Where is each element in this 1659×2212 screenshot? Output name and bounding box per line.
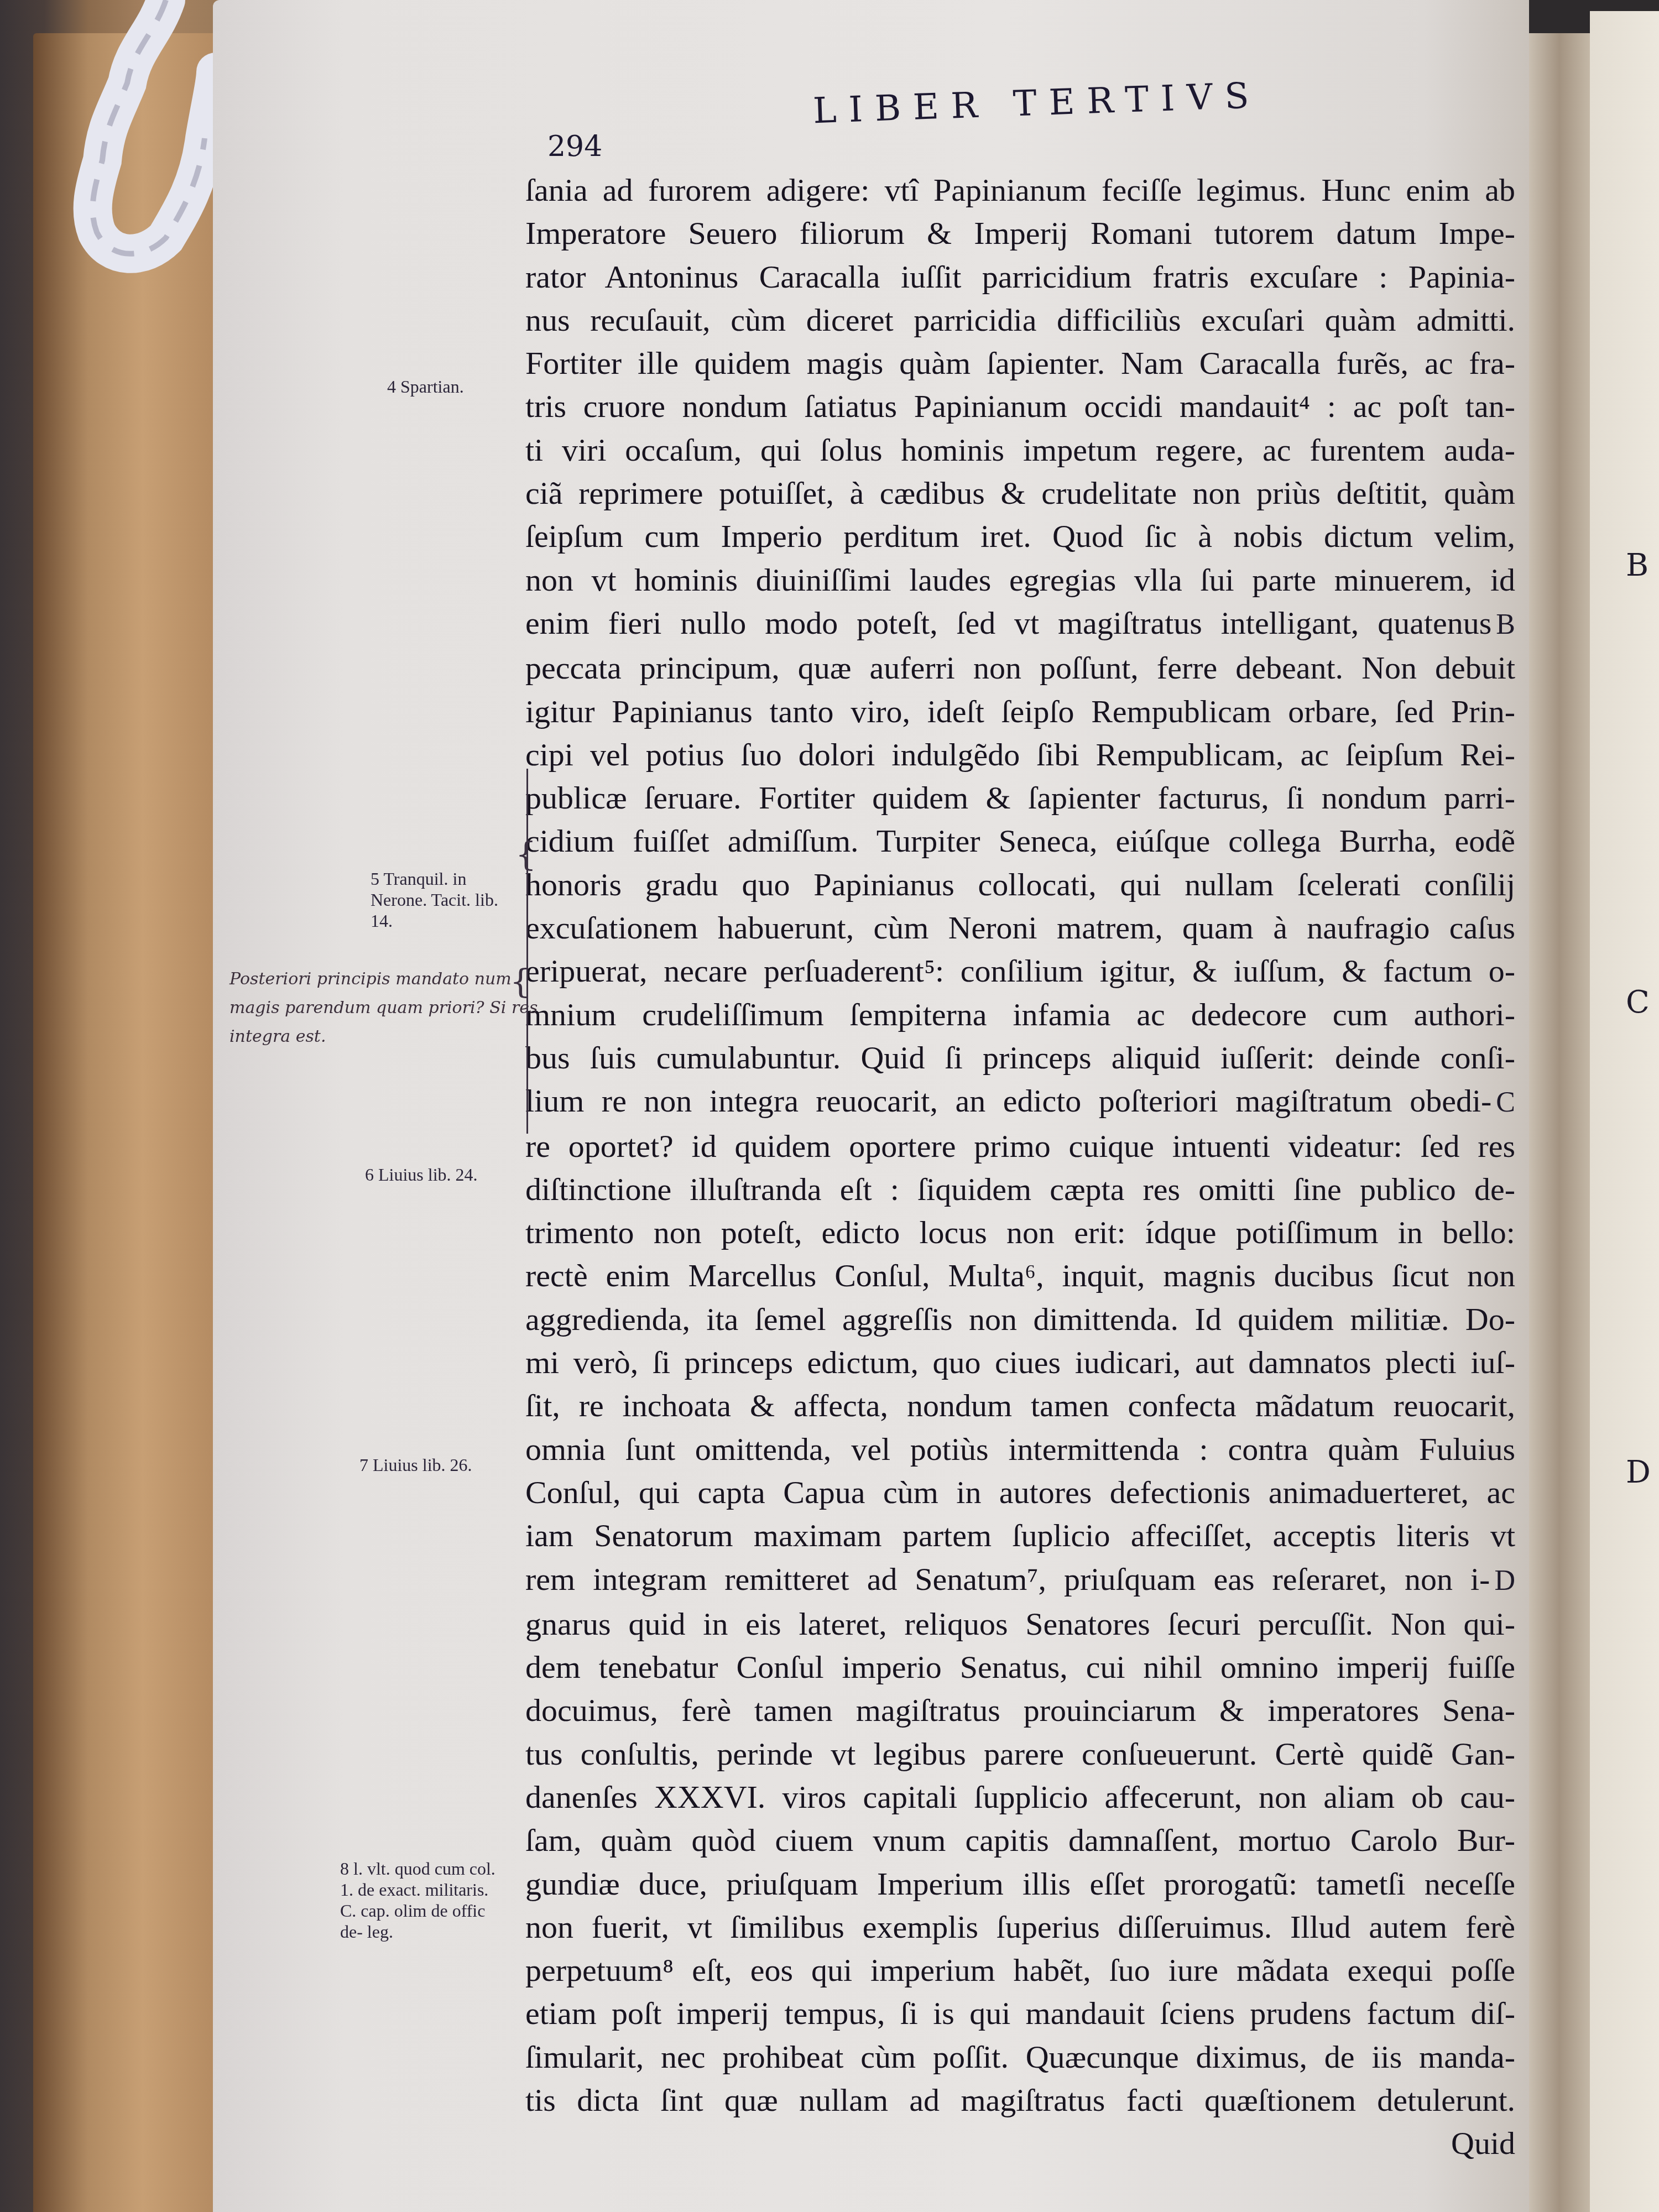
text-line: gnarus quid in eis lateret, reliquos Sen… bbox=[525, 1603, 1515, 1646]
text-line: dem tenebatur Conſul imperio Senatus, cu… bbox=[525, 1646, 1515, 1689]
text-line: ſania ad furorem adigere: vtî Papinianum… bbox=[525, 169, 1515, 212]
facing-page-letter-d: D bbox=[1626, 1454, 1651, 1490]
text-line: cipi vel potius ſuo dolori indulgẽdo ſib… bbox=[525, 733, 1515, 776]
margin-note-8: 8 l. vlt. quod cum col. 1. de exact. mil… bbox=[340, 1858, 500, 1942]
cloth-strap-icon bbox=[50, 0, 216, 343]
text-line: perpetuum⁸ eſt, eos qui imperium habẽt, … bbox=[525, 1949, 1515, 1992]
text-line: mi verò, ſi princeps edictum, quo ciues … bbox=[525, 1341, 1515, 1384]
text-line: bus ſuis cumulabuntur. Quid ſi princeps … bbox=[525, 1036, 1515, 1079]
annotation-bracket-line bbox=[526, 769, 528, 1134]
text-line: etiam poſt imperij tempus, ſi is qui man… bbox=[525, 1992, 1515, 2035]
brace-icon: { bbox=[510, 962, 531, 1001]
text-line: ti viri occaſum, qui ſolus hominis impet… bbox=[525, 429, 1515, 472]
text-line: publicæ ſeruare. Fortiter quidem & ſapie… bbox=[525, 776, 1515, 820]
page-block-edge bbox=[33, 33, 216, 2212]
text-line: ſam, quàm quòd ciuem vnum capitis damnaſ… bbox=[525, 1819, 1515, 1862]
text-line: rectè enim Marcellus Conſul, Multa⁶, inq… bbox=[525, 1254, 1515, 1297]
text-line: rem integram remitteret ad Senatum⁷, pri… bbox=[525, 1558, 1515, 1603]
text-line: peccata principum, quæ auferri non poſſu… bbox=[525, 646, 1515, 690]
text-line: ſeipſum cum Imperio perditum iret. Quod … bbox=[525, 515, 1515, 558]
facing-page bbox=[1590, 11, 1659, 2212]
text-line: lium re non integra reuocarit, an edicto… bbox=[525, 1079, 1515, 1124]
facing-page-letter-c: C bbox=[1626, 984, 1650, 1020]
text-line: eripuerat, necare perſuaderent⁵: conſili… bbox=[525, 950, 1515, 993]
text-line: gundiæ duce, priuſquam Imperium illis eſ… bbox=[525, 1863, 1515, 1906]
text-line: diſtinctione illuſtranda eſt : ſiquidem … bbox=[525, 1168, 1515, 1211]
margin-note-6: 6 Liuius lib. 24. bbox=[365, 1164, 525, 1185]
catchword: Quid bbox=[525, 2122, 1515, 2165]
text-line: Imperatore Seuero filiorum & Imperij Rom… bbox=[525, 212, 1515, 255]
text-line: tris cruore nondum ſatiatus Papinianum o… bbox=[525, 385, 1515, 428]
text-line: omnia ſunt omittenda, vel potiùs intermi… bbox=[525, 1428, 1515, 1471]
text-line: Conſul, qui capta Capua cùm in autores d… bbox=[525, 1471, 1515, 1514]
section-marker: C bbox=[1496, 1081, 1515, 1124]
text-line: docuimus, ferè tamen magiſtratus prouinc… bbox=[525, 1689, 1515, 1732]
text-line: tis dicta ſint quæ nullam ad magiſtratus… bbox=[525, 2079, 1515, 2122]
section-marker: B bbox=[1496, 603, 1515, 646]
text-line: nus recuſauit, cùm diceret parricidia di… bbox=[525, 299, 1515, 342]
text-line: mnium crudeliſſimum ſempiterna infamia a… bbox=[525, 993, 1515, 1036]
text-line: danenſes XXXVI. viros capitali ſupplicio… bbox=[525, 1776, 1515, 1819]
text-line: Fortiter ille quidem magis quàm ſapiente… bbox=[525, 342, 1515, 385]
margin-note-4: 4 Spartian. bbox=[387, 376, 520, 397]
margin-note-5: 5 Tranquil. in Nerone. Tacit. lib. 14. bbox=[371, 868, 523, 931]
facing-page-letter-b: B bbox=[1626, 547, 1648, 583]
text-line: enim fieri nullo modo poteſt, ſed vt mag… bbox=[525, 602, 1515, 646]
text-line: ſit, re inchoata & affecta, nondum tamen… bbox=[525, 1384, 1515, 1427]
body-text: ſania ad furorem adigere: vtî Papinianum… bbox=[525, 169, 1532, 2166]
text-line: re oportet? id quidem oportere primo cui… bbox=[525, 1125, 1515, 1168]
text-line: non vt hominis diuiniſſimi laudes egregi… bbox=[525, 559, 1515, 602]
section-marker: D bbox=[1494, 1559, 1515, 1603]
text-line: iam Senatorum maximam partem ſuplicio af… bbox=[525, 1514, 1515, 1557]
book-gutter bbox=[1529, 33, 1590, 2212]
text-line: aggredienda, ita ſemel aggreſſis non dim… bbox=[525, 1298, 1515, 1341]
text-line: non fuerit, vt ſimilibus exemplis ſuperi… bbox=[525, 1906, 1515, 1949]
text-line: trimento non poteſt, edicto locus non er… bbox=[525, 1211, 1515, 1254]
text-line: excuſationem habuerunt, cùm Neroni matre… bbox=[525, 906, 1515, 950]
text-line: tus conſultis, perinde vt legibus parere… bbox=[525, 1733, 1515, 1776]
handwritten-annotation: Posteriori principis mandato num magis p… bbox=[229, 965, 539, 1051]
text-line: ſimularit, nec prohibeat cùm poſſit. Quæ… bbox=[525, 2036, 1515, 2079]
brace-icon: { bbox=[515, 835, 536, 874]
margin-note-7: 7 Liuius lib. 26. bbox=[359, 1454, 525, 1475]
text-line: igitur Papinianus tanto viro, ideſt ſeip… bbox=[525, 690, 1515, 733]
page-number: 294 bbox=[547, 130, 602, 163]
text-line: ciã reprimere potuiſſet, à cædibus & cru… bbox=[525, 472, 1515, 515]
text-line: honoris gradu quo Papinianus collocati, … bbox=[525, 863, 1515, 906]
text-line: rator Antoninus Caracalla iuſſit parrici… bbox=[525, 255, 1515, 299]
text-line: cidium fuiſſet admiſſum. Turpiter Seneca… bbox=[525, 820, 1515, 863]
